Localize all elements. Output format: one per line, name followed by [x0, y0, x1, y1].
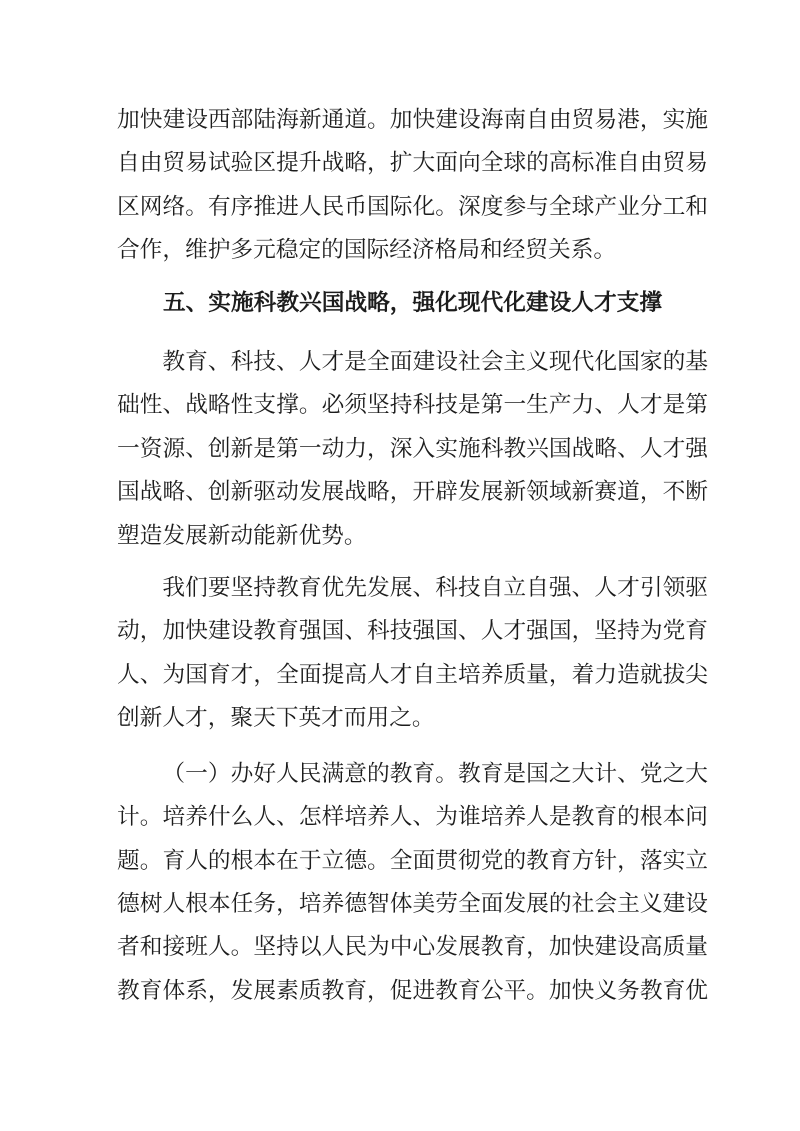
text-line: 加快建设西部陆海新通道。加快建设海南自由贸易港，实施 — [117, 98, 708, 141]
text-line: 我们要坚持教育优先发展、科技自立自强、人才引领驱 — [117, 566, 708, 609]
text-line: 础性、战略性支撑。必须坚持科技是第一生产力、人才是第 — [117, 383, 708, 426]
text-line: 国战略、创新驱动发展战略，开辟发展新领域新赛道，不断 — [117, 470, 708, 513]
text-line: 教育、科技、人才是全面建设社会主义现代化国家的基 — [117, 340, 708, 383]
body-paragraph-continuation: 加快建设西部陆海新通道。加快建设海南自由贸易港，实施自由贸易试验区提升战略，扩大… — [117, 98, 708, 272]
text-line: 一资源、创新是第一动力，深入实施科教兴国战略、人才强 — [117, 427, 708, 470]
text-line: 题。育人的根本在于立德。全面贯彻党的教育方针，落实立 — [117, 839, 708, 882]
body-paragraph: 我们要坚持教育优先发展、科技自立自强、人才引领驱动，加快建设教育强国、科技强国、… — [117, 566, 708, 740]
document-page: 加快建设西部陆海新通道。加快建设海南自由贸易港，实施自由贸易试验区提升战略，扩大… — [0, 0, 800, 1131]
text-line: 者和接班人。坚持以人民为中心发展教育，加快建设高质量 — [117, 925, 708, 968]
text-line: 区网络。有序推进人民币国际化。深度参与全球产业分工和 — [117, 185, 708, 228]
text-line: 自由贸易试验区提升战略，扩大面向全球的高标准自由贸易 — [117, 141, 708, 184]
body-paragraph: 教育、科技、人才是全面建设社会主义现代化国家的基础性、战略性支撑。必须坚持科技是… — [117, 340, 708, 557]
text-line: 合作，维护多元稳定的国际经济格局和经贸关系。 — [117, 228, 708, 271]
text-line: 人、为国育才，全面提高人才自主培养质量，着力造就拔尖 — [117, 653, 708, 696]
section-heading: 五、实施科教兴国战略，强化现代化建设人才支撑 — [117, 281, 708, 324]
text-line: 德树人根本任务，培养德智体美劳全面发展的社会主义建设 — [117, 882, 708, 925]
document-content: 加快建设西部陆海新通道。加快建设海南自由贸易港，实施自由贸易试验区提升战略，扩大… — [117, 98, 708, 1012]
text-line: （一）办好人民满意的教育。教育是国之大计、党之大 — [117, 752, 708, 795]
text-line: 动，加快建设教育强国、科技强国、人才强国，坚持为党育 — [117, 609, 708, 652]
text-line: 创新人才，聚天下英才而用之。 — [117, 696, 708, 739]
body-paragraph: （一）办好人民满意的教育。教育是国之大计、党之大计。培养什么人、怎样培养人、为谁… — [117, 752, 708, 1012]
text-line: 塑造发展新动能新优势。 — [117, 514, 708, 557]
text-line: 计。培养什么人、怎样培养人、为谁培养人是教育的根本问 — [117, 795, 708, 838]
text-line: 教育体系，发展素质教育，促进教育公平。加快义务教育优 — [117, 969, 708, 1012]
